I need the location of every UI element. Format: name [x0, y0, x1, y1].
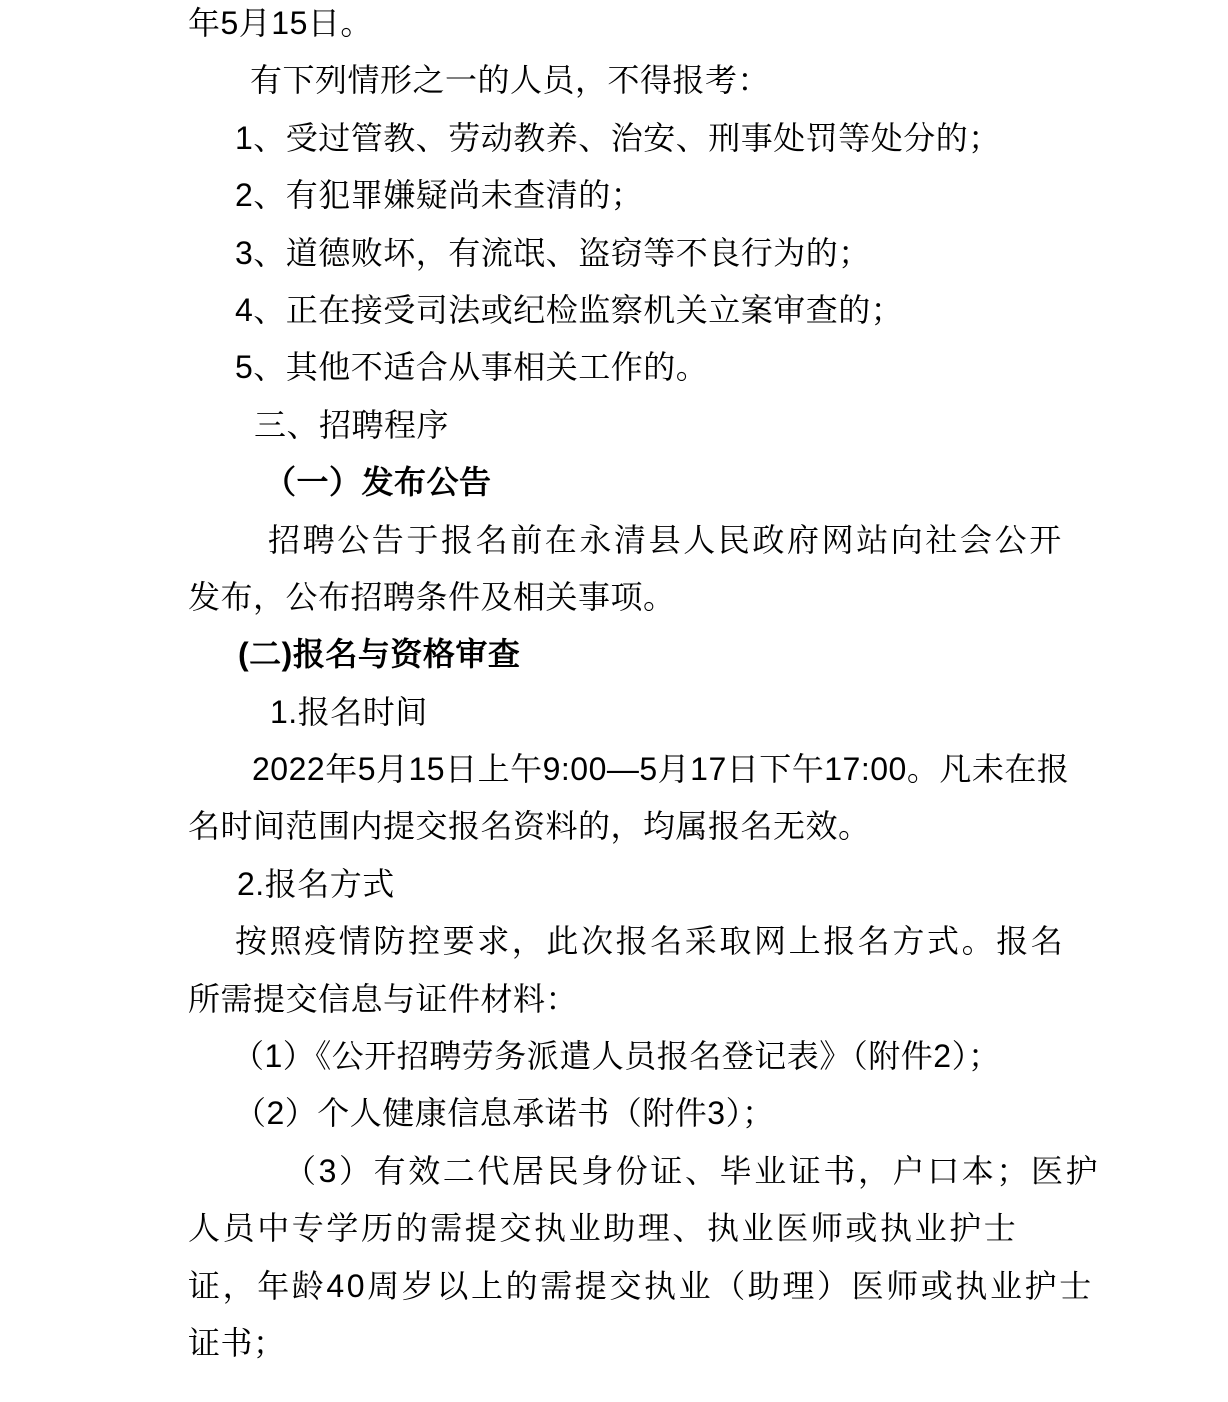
doc-line-item-5: 5、其他不适合从事相关工作的。 [188, 339, 1098, 396]
subsection-heading-registration: (二)报名与资格审查 [188, 626, 1098, 683]
subsection-heading-announcement: （一）发布公告 [188, 454, 1098, 511]
doc-line-reg-time-1: 2022年5月15日上午9:00—5月17日下午17:00。凡未在报 [188, 741, 1098, 798]
doc-line-announcement-1: 招聘公告于报名前在永清县人民政府网站向社会公开 [188, 512, 1098, 569]
doc-line-item-4: 4、正在接受司法或纪检监察机关立案审查的； [188, 282, 1098, 339]
doc-line-reg-time-heading: 1.报名时间 [188, 684, 1098, 741]
document-page: { "doc": { "background_color": "#ffffff"… [0, 0, 1228, 1402]
doc-line-reg-method-2: 所需提交信息与证件材料： [188, 971, 1098, 1028]
doc-line-item-3: 3、道德败坏，有流氓、盗窃等不良行为的； [188, 225, 1098, 282]
section-heading-procedure: 三、招聘程序 [188, 397, 1098, 454]
doc-line-disqualify-intro: 有下列情形之一的人员，不得报考： [188, 52, 1098, 109]
doc-line-material-3c: 证，年龄40周岁以上的需提交执业（助理）医师或执业护士 [188, 1258, 1098, 1315]
doc-line-material-2: （2）个人健康信息承诺书（附件3）； [188, 1085, 1098, 1142]
doc-line-date-continuation: 年5月15日。 [188, 0, 1098, 52]
doc-line-item-2: 2、有犯罪嫌疑尚未查清的； [188, 167, 1098, 224]
doc-line-reg-method-heading: 2.报名方式 [188, 856, 1098, 913]
doc-line-reg-method-1: 按照疫情防控要求，此次报名采取网上报名方式。报名 [188, 913, 1098, 970]
doc-line-item-1: 1、受过管教、劳动教养、治安、刑事处罚等处分的； [188, 110, 1098, 167]
doc-line-material-3b: 人员中专学历的需提交执业助理、执业医师或执业护士 [188, 1200, 1098, 1257]
doc-line-material-3a: （3）有效二代居民身份证、毕业证书，户口本；医护 [188, 1143, 1098, 1200]
doc-line-reg-time-2: 名时间范围内提交报名资料的，均属报名无效。 [188, 798, 1098, 855]
doc-line-material-3d: 证书； [188, 1315, 1098, 1372]
doc-line-announcement-2: 发布，公布招聘条件及相关事项。 [188, 569, 1098, 626]
document-body: 年5月15日。 有下列情形之一的人员，不得报考： 1、受过管教、劳动教养、治安、… [0, 0, 1228, 1372]
doc-line-material-1: （1）《公开招聘劳务派遣人员报名登记表》（附件2）； [188, 1028, 1098, 1085]
